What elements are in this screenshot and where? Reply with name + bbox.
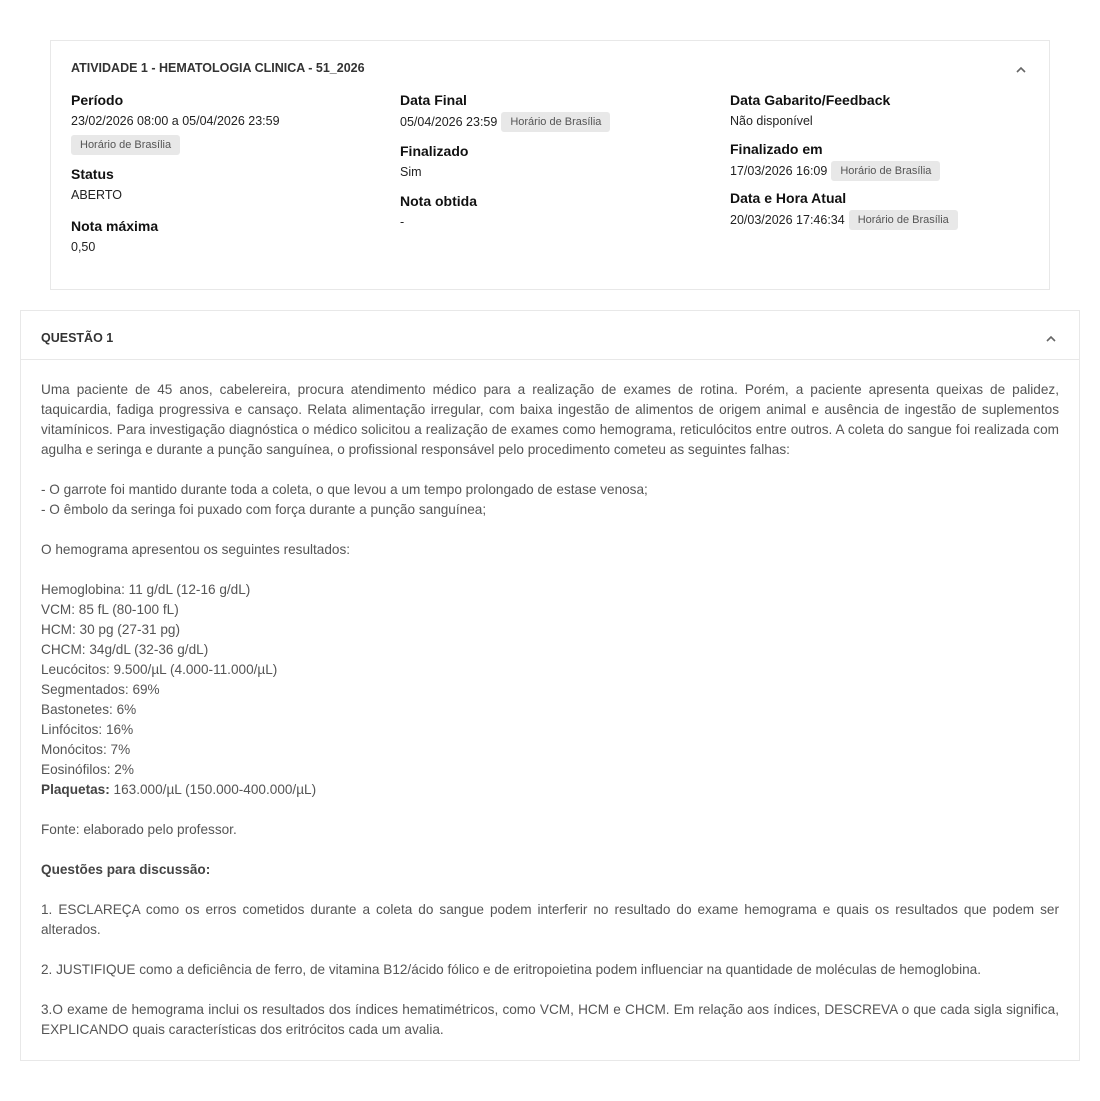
data-gabarito-value: Não disponível (730, 112, 958, 130)
result-item: Hemoglobina: 11 g/dL (12-16 g/dL) (41, 580, 1059, 600)
result-item-platelets: Plaquetas: 163.000/µL (150.000-400.000/µ… (41, 780, 1059, 800)
result-item: Eosinófilos: 2% (41, 760, 1059, 780)
collapse-question-button[interactable] (1041, 328, 1061, 348)
status-value: ABERTO (71, 186, 280, 204)
timezone-badge: Horário de Brasília (849, 210, 958, 230)
discussion-item: 3.O exame de hemograma inclui os resulta… (41, 1000, 1059, 1040)
nota-maxima-label: Nota máxima (71, 217, 280, 235)
result-item: Segmentados: 69% (41, 680, 1059, 700)
question-card: QUESTÃO 1 Uma paciente de 45 anos, cabel… (20, 310, 1080, 1061)
data-hora-atual-value: 20/03/2026 17:46:34 (730, 211, 845, 229)
chevron-up-icon (1046, 335, 1056, 342)
nota-obtida-value: - (400, 213, 610, 231)
field-finalizado: Finalizado Sim (400, 142, 610, 181)
field-nota-obtida: Nota obtida - (400, 192, 610, 231)
activity-summary-card: ATIVIDADE 1 - HEMATOLOGIA CLINICA - 51_2… (50, 40, 1050, 290)
source-note: Fonte: elaborado pelo professor. (41, 820, 1059, 840)
periodo-value: 23/02/2026 08:00 a 05/04/2026 23:59 (71, 112, 280, 130)
field-data-gabarito: Data Gabarito/Feedback Não disponível (730, 91, 958, 130)
field-data-hora-atual: Data e Hora Atual 20/03/2026 17:46:34 Ho… (730, 189, 958, 230)
result-item: Linfócitos: 16% (41, 720, 1059, 740)
chevron-up-icon (1016, 66, 1026, 73)
finalizado-em-label: Finalizado em (730, 140, 958, 158)
collapse-activity-button[interactable] (1011, 59, 1031, 79)
finalizado-label: Finalizado (400, 142, 610, 160)
data-gabarito-label: Data Gabarito/Feedback (730, 91, 958, 109)
data-final-value: 05/04/2026 23:59 (400, 113, 497, 131)
activity-column-3: Data Gabarito/Feedback Não disponível Fi… (730, 91, 958, 230)
result-item: Leucócitos: 9.500/µL (4.000-11.000/µL) (41, 660, 1059, 680)
nota-obtida-label: Nota obtida (400, 192, 610, 210)
result-item: CHCM: 34g/dL (32-36 g/dL) (41, 640, 1059, 660)
periodo-label: Período (71, 91, 280, 109)
result-item: HCM: 30 pg (27-31 pg) (41, 620, 1059, 640)
result-item: VCM: 85 fL (80-100 fL) (41, 600, 1059, 620)
field-nota-maxima: Nota máxima 0,50 (71, 217, 280, 256)
results-intro: O hemograma apresentou os seguintes resu… (41, 540, 1059, 560)
data-final-label: Data Final (400, 91, 610, 109)
failure-item: - O êmbolo da seringa foi puxado com for… (41, 500, 1059, 520)
failure-item: - O garrote foi mantido durante toda a c… (41, 480, 1059, 500)
field-status: Status ABERTO (71, 165, 280, 204)
discussion-item: 2. JUSTIFIQUE como a deficiência de ferr… (41, 960, 1059, 980)
question-body: Uma paciente de 45 anos, cabelereira, pr… (21, 360, 1079, 1040)
result-item: Monócitos: 7% (41, 740, 1059, 760)
field-finalizado-em: Finalizado em 17/03/2026 16:09 Horário d… (730, 140, 958, 181)
data-hora-atual-label: Data e Hora Atual (730, 189, 958, 207)
finalizado-em-value: 17/03/2026 16:09 (730, 162, 827, 180)
status-label: Status (71, 165, 280, 183)
discussion-item: 1. ESCLAREÇA como os erros cometidos dur… (41, 900, 1059, 940)
activity-column-1: Período 23/02/2026 08:00 a 05/04/2026 23… (71, 91, 280, 256)
nota-maxima-value: 0,50 (71, 238, 280, 256)
result-item: Bastonetes: 6% (41, 700, 1059, 720)
question-title: QUESTÃO 1 (41, 331, 113, 345)
activity-title: ATIVIDADE 1 - HEMATOLOGIA CLINICA - 51_2… (71, 61, 365, 75)
timezone-badge: Horário de Brasília (501, 112, 610, 132)
finalizado-value: Sim (400, 163, 610, 181)
question-header[interactable]: QUESTÃO 1 (21, 311, 1079, 360)
discussion-heading: Questões para discussão: (41, 860, 1059, 880)
field-periodo: Período 23/02/2026 08:00 a 05/04/2026 23… (71, 91, 280, 155)
timezone-badge: Horário de Brasília (831, 161, 940, 181)
question-intro: Uma paciente de 45 anos, cabelereira, pr… (41, 380, 1059, 460)
timezone-badge: Horário de Brasília (71, 135, 180, 155)
activity-column-2: Data Final 05/04/2026 23:59 Horário de B… (400, 91, 610, 231)
platelets-value: 163.000/µL (150.000-400.000/µL) (110, 782, 316, 797)
field-data-final: Data Final 05/04/2026 23:59 Horário de B… (400, 91, 610, 132)
platelets-label: Plaquetas: (41, 782, 110, 797)
